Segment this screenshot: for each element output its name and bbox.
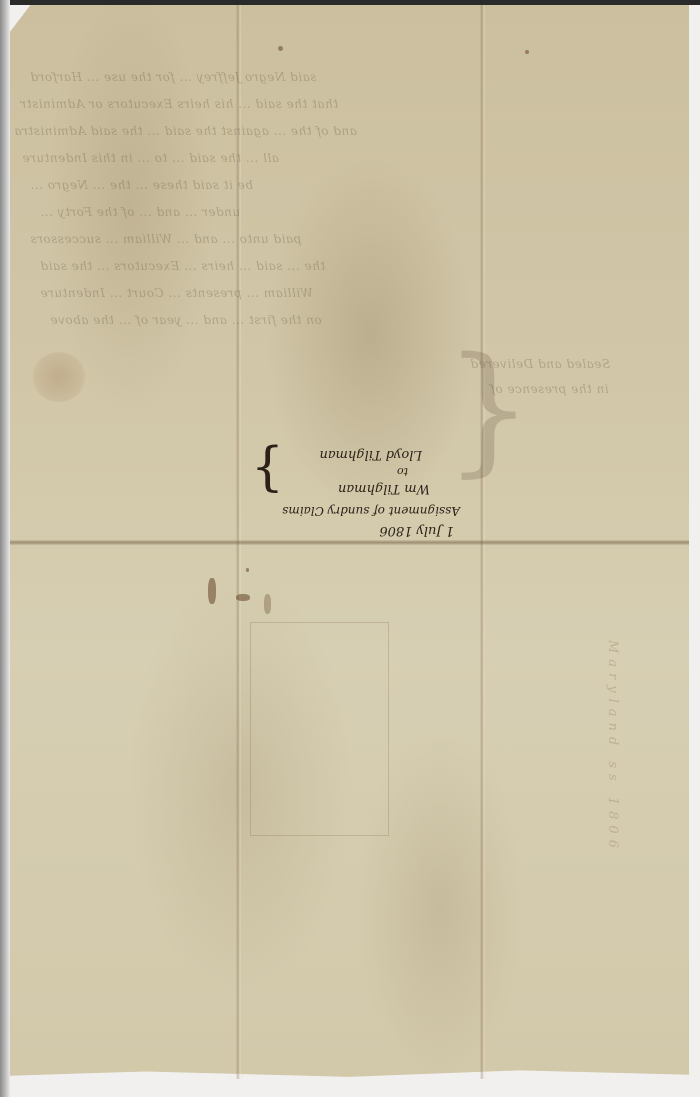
bleed-line: paid unto ... and ... William ... succes… — [30, 232, 301, 246]
bleed-line: be it said these ... the ... Negro ... — [30, 178, 253, 192]
ink-stain — [246, 568, 249, 572]
endorsement-to: Lloyd Tilghman — [319, 446, 422, 462]
ink-stain — [208, 578, 216, 604]
endorsement-title: Assignment of sundry Claims — [282, 503, 460, 518]
bleed-line: under ... and ... of the Forty ... — [40, 205, 240, 219]
bleed-line: William ... presents ... Court ... Inden… — [40, 286, 313, 300]
bleed-line: on the first ... and ... year of ... the… — [50, 313, 322, 327]
bleed-line: the ... said ... heirs ... Executors ...… — [40, 259, 325, 273]
scanner-edge-left — [0, 0, 10, 1097]
faded-panel-outline — [250, 622, 389, 836]
bleed-line: and of the ... against the said ... the … — [14, 124, 357, 138]
bleed-through-column-text: Maryland ss 1806 — [530, 640, 620, 940]
endorsement-connector: to — [397, 464, 408, 478]
ink-spot — [278, 46, 283, 51]
ink-stain — [264, 594, 271, 614]
endorsement-brace: } — [251, 444, 284, 496]
ink-stain — [236, 594, 250, 601]
endorsement-from: Wm Tilghman — [338, 480, 430, 496]
bleed-line: said Negro Jeffrey ... for the use ... H… — [30, 70, 316, 84]
endorsement: 1 July 1806 Assignment of sundry Claims … — [250, 428, 460, 540]
bleed-line: that the said ... his heirs Executors or… — [20, 97, 338, 111]
scanner-edge-top — [10, 0, 700, 5]
endorsement-date: 1 July 1806 — [379, 522, 454, 538]
ink-spot — [525, 50, 529, 54]
seal-impression — [32, 352, 86, 402]
bleed-line: all ... the said ... to ... in this Inde… — [22, 151, 279, 165]
horizontal-fold-crease — [10, 540, 689, 545]
